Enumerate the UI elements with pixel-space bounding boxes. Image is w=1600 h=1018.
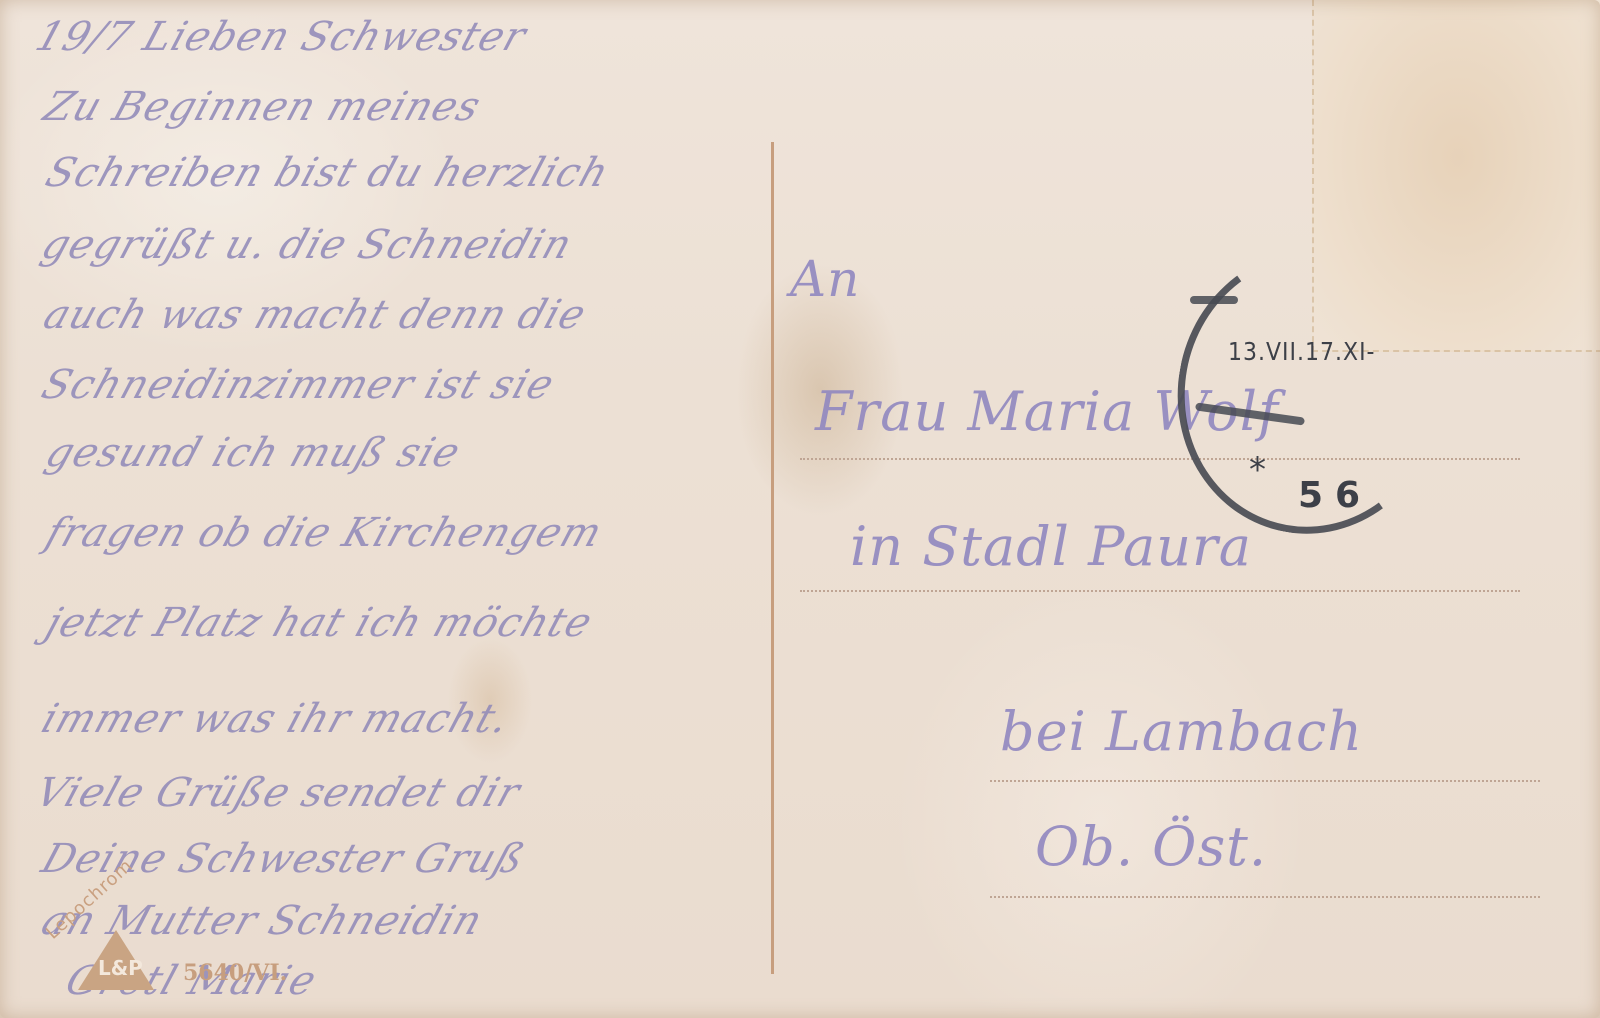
message-line: Schneidinzimmer ist sie <box>36 362 560 408</box>
address-rule <box>990 896 1540 898</box>
message-line: gegrüßt u. die Schneidin <box>36 222 578 268</box>
message-line: Viele Grüße sendet dir <box>30 770 526 816</box>
postmark-bar-top <box>1190 296 1238 304</box>
message-line: immer was ihr macht. <box>36 696 516 742</box>
address-province: Ob. Öst. <box>1035 815 1267 878</box>
address-rule <box>800 590 1520 592</box>
message-line: Zu Beginnen meines <box>38 84 487 130</box>
message-line: 19/7 Lieben Schwester <box>30 14 532 60</box>
address-salutation: An <box>790 250 860 308</box>
message-line: gesund ich muß sie <box>40 430 466 476</box>
postmark-number: 56 <box>1298 475 1372 516</box>
card-number: 5640/VI. <box>183 960 287 986</box>
address-rule <box>990 780 1540 782</box>
address-town: in Stadl Paura <box>850 515 1252 578</box>
message-line: Schreiben bist du herzlich <box>40 150 615 196</box>
address-region: bei Lambach <box>1000 700 1363 763</box>
publisher-logo: L&P <box>98 956 143 980</box>
postcard-back: 19/7 Lieben Schwester Zu Beginnen meines… <box>0 0 1600 1018</box>
message-line: auch was macht denn die <box>38 292 592 338</box>
message-line: fragen ob die Kirchengem <box>40 510 608 556</box>
message-line: jetzt Platz hat ich möchte <box>40 600 598 646</box>
postmark-date: 13.VII.17.XI- <box>1228 338 1376 367</box>
postmark-star-icon: * <box>1249 450 1266 490</box>
divider-line <box>771 142 774 974</box>
